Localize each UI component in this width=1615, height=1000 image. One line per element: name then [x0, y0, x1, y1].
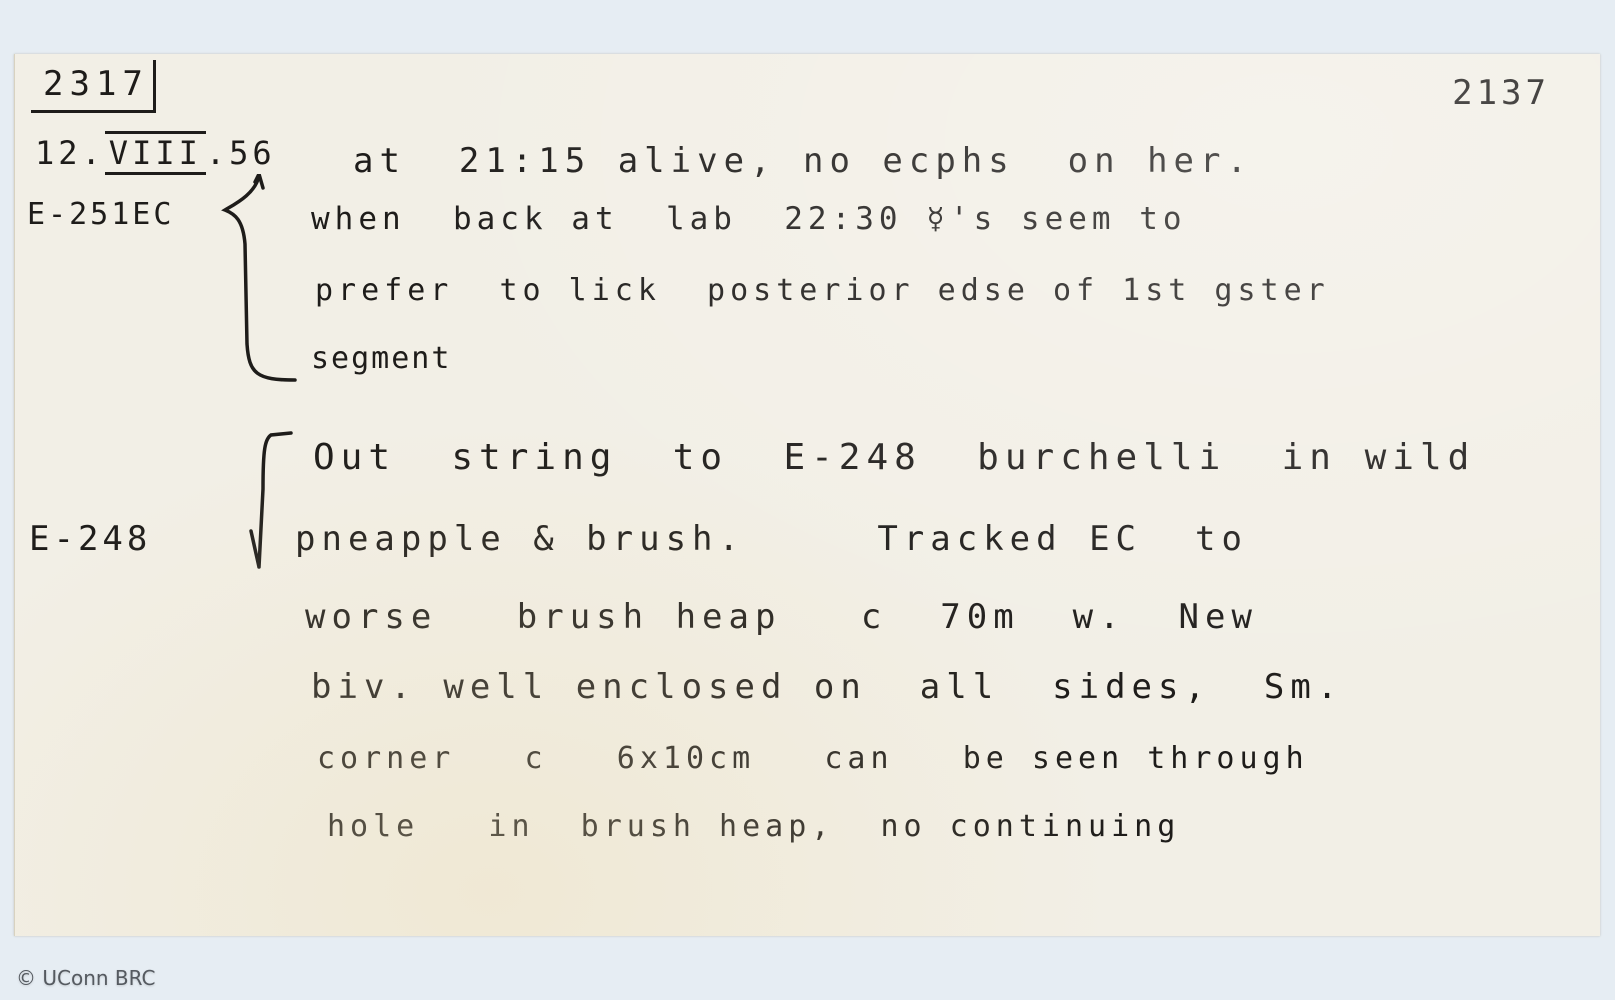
entry2-line-5: corner c 6x10cm can be seen through	[317, 744, 1309, 774]
entry1-line-3: prefer to lick posterior edse of 1st gst…	[315, 276, 1330, 306]
date-year: .56	[206, 134, 276, 172]
date-day: 12.	[35, 134, 105, 172]
entry2-line-3: worse brush heap c 70m w. New	[305, 600, 1258, 634]
entry2-line-2: pneapple & brush. Tracked EC to	[295, 522, 1248, 556]
entry-label-e251ec: E-251EC	[27, 200, 174, 230]
entry1-line-4: segment	[311, 344, 451, 374]
entry2-line-1: Out string to E-248 burchelli in wild	[313, 440, 1475, 476]
date-month-roman: VIII	[105, 131, 206, 175]
page-number: 2137	[1452, 76, 1550, 110]
entry2-line-6: hole in brush heap, no continuing	[327, 812, 1180, 842]
catalog-number-text: 2317	[43, 64, 149, 104]
curly-brace-icon	[215, 174, 325, 389]
entry2-line-4: biv. well enclosed on all sides, Sm.	[311, 670, 1343, 704]
copyright-watermark: © UConn BRC	[16, 966, 156, 990]
date: 12.VIII.56	[35, 134, 276, 172]
field-note-card: 2317 2137 12.VIII.56 E-251EC at 21:15 al…	[14, 54, 1600, 936]
entry-label-e248: E-248	[29, 522, 151, 556]
entry1-line-1: at 21:15 alive, no ecphs on her.	[353, 144, 1253, 178]
catalog-number: 2317	[31, 60, 156, 113]
entry1-line-2: when back at lab 22:30 ☿'s seem to	[311, 204, 1187, 235]
